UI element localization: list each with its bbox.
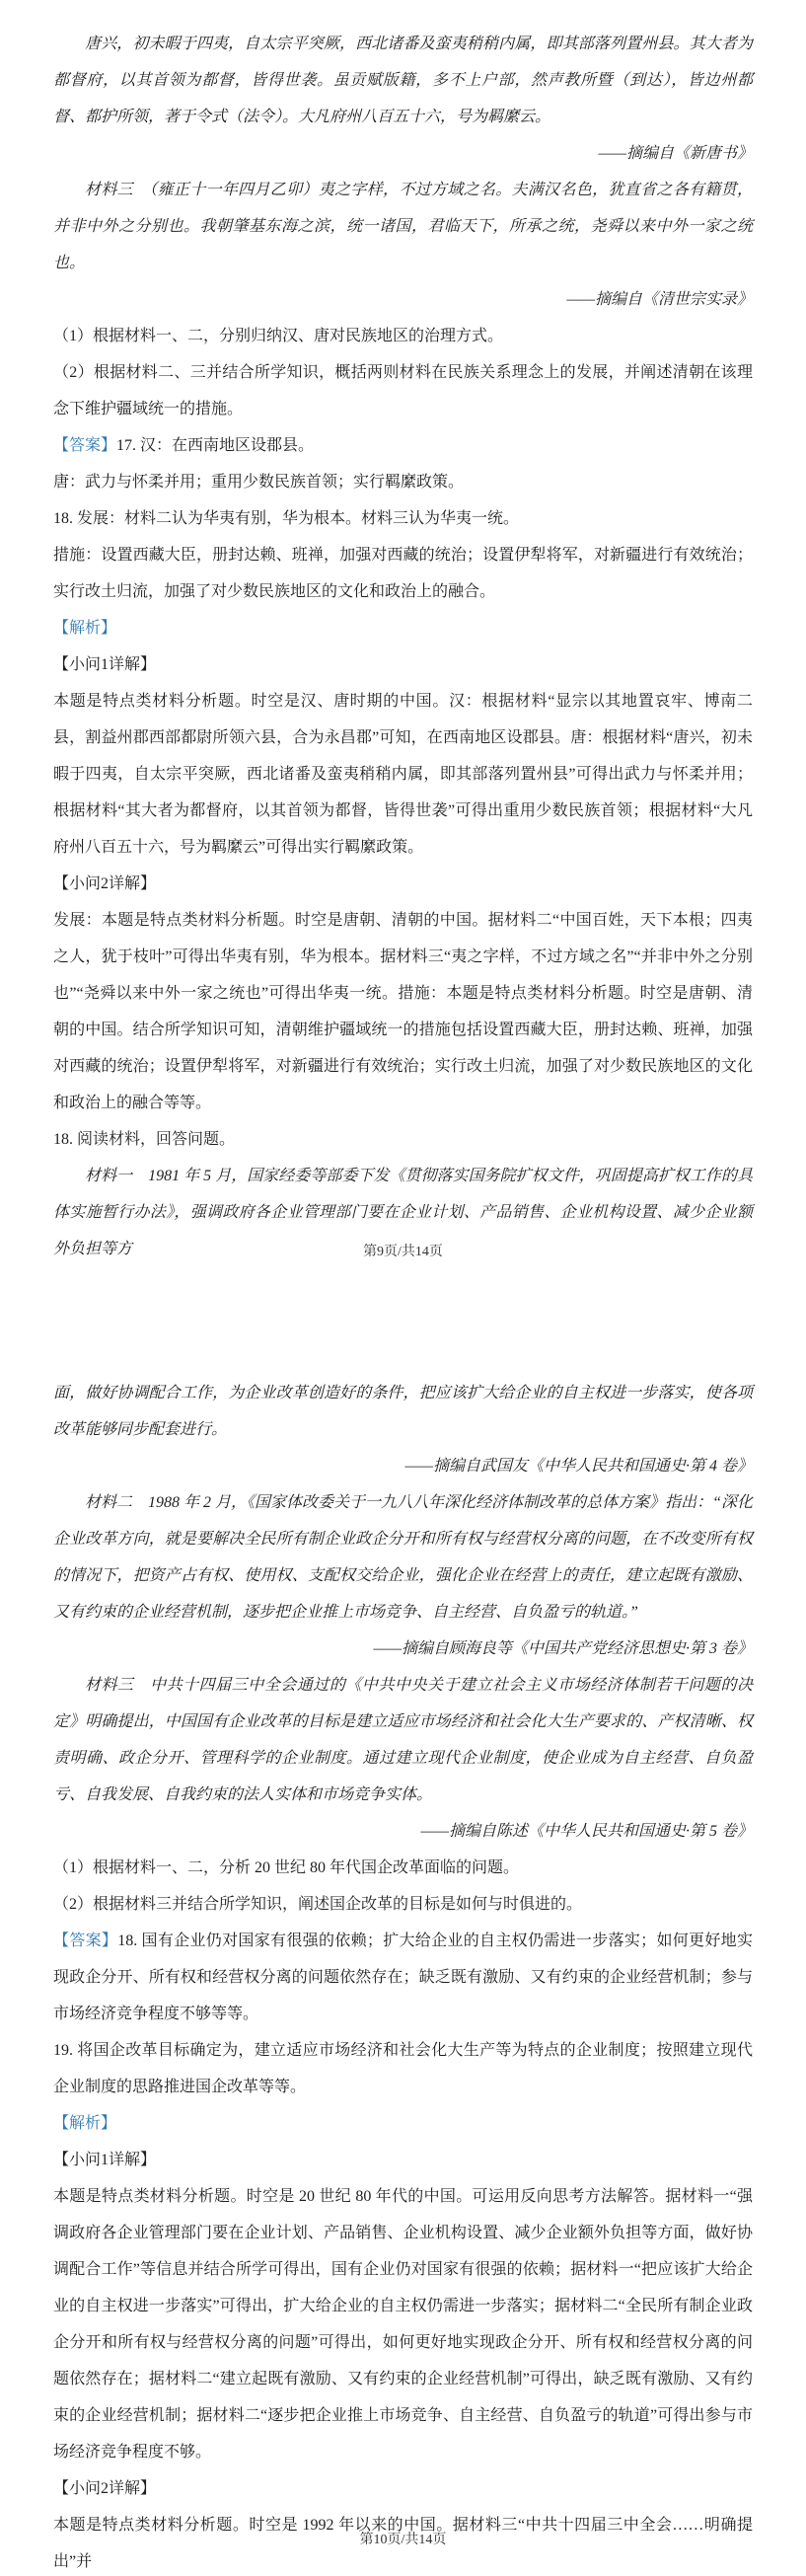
text-run: 发展：本题是特点类材料分析题。时空是唐朝、清朝的中国。据材料二“中国百姓，天下本… — [53, 912, 753, 1111]
q18-material2-attribution: ——摘编自顾海良等《中国共产党经济思想史·第 3 卷》 — [53, 1630, 753, 1667]
text-run: 【小问1详解】 — [53, 2152, 156, 2168]
page-9: 唐兴，初未暇于四夷，自太宗平突厥，西北诸番及蛮夷稍稍内属，即其部落列置州县。其大… — [0, 0, 806, 1288]
answer18-development: 18. 发展：材料二认为华夷有别，华为根本。材料三认为华夷一统。 — [53, 500, 753, 537]
question18-sub2: （2）根据材料三并结合所学知识，阐述国企改革的目标是如何与时俱进的。 — [53, 1886, 753, 1923]
text-run: 唐：武力与怀柔并用；重用少数民族首领；实行羁縻政策。 — [53, 474, 464, 491]
page-10-content: 面，做好协调配合工作，为企业改革创造好的条件，把应该扩大给企业的自主权进一步落实… — [0, 1288, 806, 2576]
analysis-sub1-paragraph: 本题是特点类材料分析题。时空是汉、唐时期的中国。汉：根据材料“显宗以其地置哀牢、… — [53, 683, 753, 866]
text-run: ——摘编自《新唐书》 — [599, 145, 753, 162]
text-run: （1）根据材料一、二，分析 20 世纪 80 年代国企改革面临的问题。 — [53, 1859, 519, 1876]
text-run: 【小问1详解】 — [53, 656, 156, 673]
text-run: 本题是特点类材料分析题。时空是 20 世纪 80 年代的中国。可运用反向思考方法… — [53, 2188, 753, 2461]
question18-intro: 18. 阅读材料，回答问题。 — [53, 1121, 753, 1158]
answer19-line: 19. 将国企改革目标确定为，建立适应市场经济和社会化大生产等为特点的企业制度；… — [53, 2032, 753, 2105]
text-run: ——摘编自《清世宗实录》 — [567, 291, 753, 308]
material3-quote: 材料三 （雍正十一年四月乙卯）夷之字样，不过方域之名。夫满汉名色，犹直省之各有籍… — [53, 172, 753, 281]
text-run: 【小问2详解】 — [53, 2480, 156, 2497]
analysis-sub1-paragraph: 本题是特点类材料分析题。时空是 20 世纪 80 年代的中国。可运用反向思考方法… — [53, 2178, 753, 2470]
text-run: （1）根据材料一、二，分别归纳汉、唐对民族地区的治理方式。 — [53, 328, 503, 344]
text-run: 材料二 1988 年 2 月，《国家体改委关于一九八八年深化经济体制改革的总体方… — [53, 1494, 753, 1621]
subquestion2-heading: 【小问2详解】 — [53, 866, 753, 902]
text-run: 本题是特点类材料分析题。时空是汉、唐时期的中国。汉：根据材料“显宗以其地置哀牢、… — [53, 693, 753, 856]
page-9-content: 唐兴，初未暇于四夷，自太宗平突厥，西北诸番及蛮夷稍稍内属，即其部落列置州县。其大… — [0, 0, 806, 1267]
subquestion1-heading: 【小问1详解】 — [53, 646, 753, 683]
material3-attribution: ——摘编自《清世宗实录》 — [53, 281, 753, 318]
q18-material3-attribution: ——摘编自陈述《中华人民共和国通史·第 5 卷》 — [53, 1813, 753, 1850]
subquestion1-heading: 【小问1详解】 — [53, 2142, 753, 2178]
page-number-9: 第9页/共14页 — [0, 1241, 806, 1260]
text-run: 19. 将国企改革目标确定为，建立适应市场经济和社会化大生产等为特点的企业制度；… — [53, 2042, 753, 2095]
answer18-line1: 【答案】18. 国有企业仍对国家有很强的依赖；扩大给企业的自主权仍需进一步落实；… — [53, 1923, 753, 2032]
page-10: 面，做好协调配合工作，为企业改革创造好的条件，把应该扩大给企业的自主权进一步落实… — [0, 1288, 806, 2576]
question18-sub1: （1）根据材料一、二，分析 20 世纪 80 年代国企改革面临的问题。 — [53, 1850, 753, 1886]
answer-label: 【答案】 — [53, 437, 116, 454]
question17-sub1: （1）根据材料一、二，分别归纳汉、唐对民族地区的治理方式。 — [53, 318, 753, 354]
answer-label: 【答案】 — [53, 1932, 117, 1949]
text-run: 材料三 中共十四届三中全会通过的《中共中央关于建立社会主义市场经济体制若干问题的… — [53, 1677, 753, 1803]
text-run: ——摘编自武国友《中华人民共和国通史·第 4 卷》 — [405, 1458, 753, 1475]
text-run: 材料三 （雍正十一年四月乙卯）夷之字样，不过方域之名。夫满汉名色，犹直省之各有籍… — [53, 182, 753, 271]
text-run: 面，做好协调配合工作，为企业改革创造好的条件，把应该扩大给企业的自主权进一步落实… — [53, 1385, 753, 1438]
text-run: 17. 汉：在西南地区设郡县。 — [116, 437, 314, 454]
q18-material1-attribution: ——摘编自武国友《中华人民共和国通史·第 4 卷》 — [53, 1448, 753, 1484]
text-run: 18. 阅读材料，回答问题。 — [53, 1131, 235, 1148]
answer18-measures: 措施：设置西藏大臣，册封达赖、班禅，加强对西藏的统治；设置伊犁将军，对新疆进行有… — [53, 537, 753, 610]
q18-material2-quote: 材料二 1988 年 2 月，《国家体改委关于一九八八年深化经济体制改革的总体方… — [53, 1484, 753, 1630]
q18-material1-quote-continued: 面，做好协调配合工作，为企业改革创造好的条件，把应该扩大给企业的自主权进一步落实… — [53, 1375, 753, 1448]
text-run: 【小问2详解】 — [53, 875, 156, 892]
text-run: ——摘编自顾海良等《中国共产党经济思想史·第 3 卷》 — [374, 1640, 753, 1657]
answer17-line1: 【答案】17. 汉：在西南地区设郡县。 — [53, 427, 753, 464]
analysis-sub2-paragraph: 发展：本题是特点类材料分析题。时空是唐朝、清朝的中国。据材料二“中国百姓，天下本… — [53, 902, 753, 1121]
text-run: （2）根据材料二、三并结合所学知识，概括两则材料在民族关系理念上的发展，并阐述清… — [53, 364, 753, 417]
analysis-label: 【解析】 — [53, 610, 753, 646]
material2-attribution: ——摘编自《新唐书》 — [53, 135, 753, 172]
analysis-label: 【解析】 — [53, 2105, 753, 2142]
text-run: 18. 发展：材料二认为华夷有别，华为根本。材料三认为华夷一统。 — [53, 510, 519, 527]
text-run: 18. 国有企业仍对国家有很强的依赖；扩大给企业的自主权仍需进一步落实；如何更好… — [53, 1932, 753, 2022]
question17-sub2: （2）根据材料二、三并结合所学知识，概括两则材料在民族关系理念上的发展，并阐述清… — [53, 354, 753, 427]
text-run: 措施：设置西藏大臣，册封达赖、班禅，加强对西藏的统治；设置伊犁将军，对新疆进行有… — [53, 547, 753, 600]
text-run: ——摘编自陈述《中华人民共和国通史·第 5 卷》 — [421, 1823, 753, 1840]
material2-quote-continued: 唐兴，初未暇于四夷，自太宗平突厥，西北诸番及蛮夷稍稍内属，即其部落列置州县。其大… — [53, 26, 753, 135]
text-run: （2）根据材料三并结合所学知识，阐述国企改革的目标是如何与时俱进的。 — [53, 1896, 582, 1913]
text-run: 唐兴，初未暇于四夷，自太宗平突厥，西北诸番及蛮夷稍稍内属，即其部落列置州县。其大… — [53, 36, 753, 125]
analysis-label: 【解析】 — [53, 620, 116, 637]
page-number-10: 第10页/共14页 — [0, 2529, 806, 2548]
answer17-line2: 唐：武力与怀柔并用；重用少数民族首领；实行羁縻政策。 — [53, 464, 753, 500]
analysis-label: 【解析】 — [53, 2115, 116, 2132]
q18-material3-quote: 材料三 中共十四届三中全会通过的《中共中央关于建立社会主义市场经济体制若干问题的… — [53, 1667, 753, 1813]
subquestion2-heading: 【小问2详解】 — [53, 2470, 753, 2507]
document: 唐兴，初未暇于四夷，自太宗平突厥，西北诸番及蛮夷稍稍内属，即其部落列置州县。其大… — [0, 0, 806, 2576]
